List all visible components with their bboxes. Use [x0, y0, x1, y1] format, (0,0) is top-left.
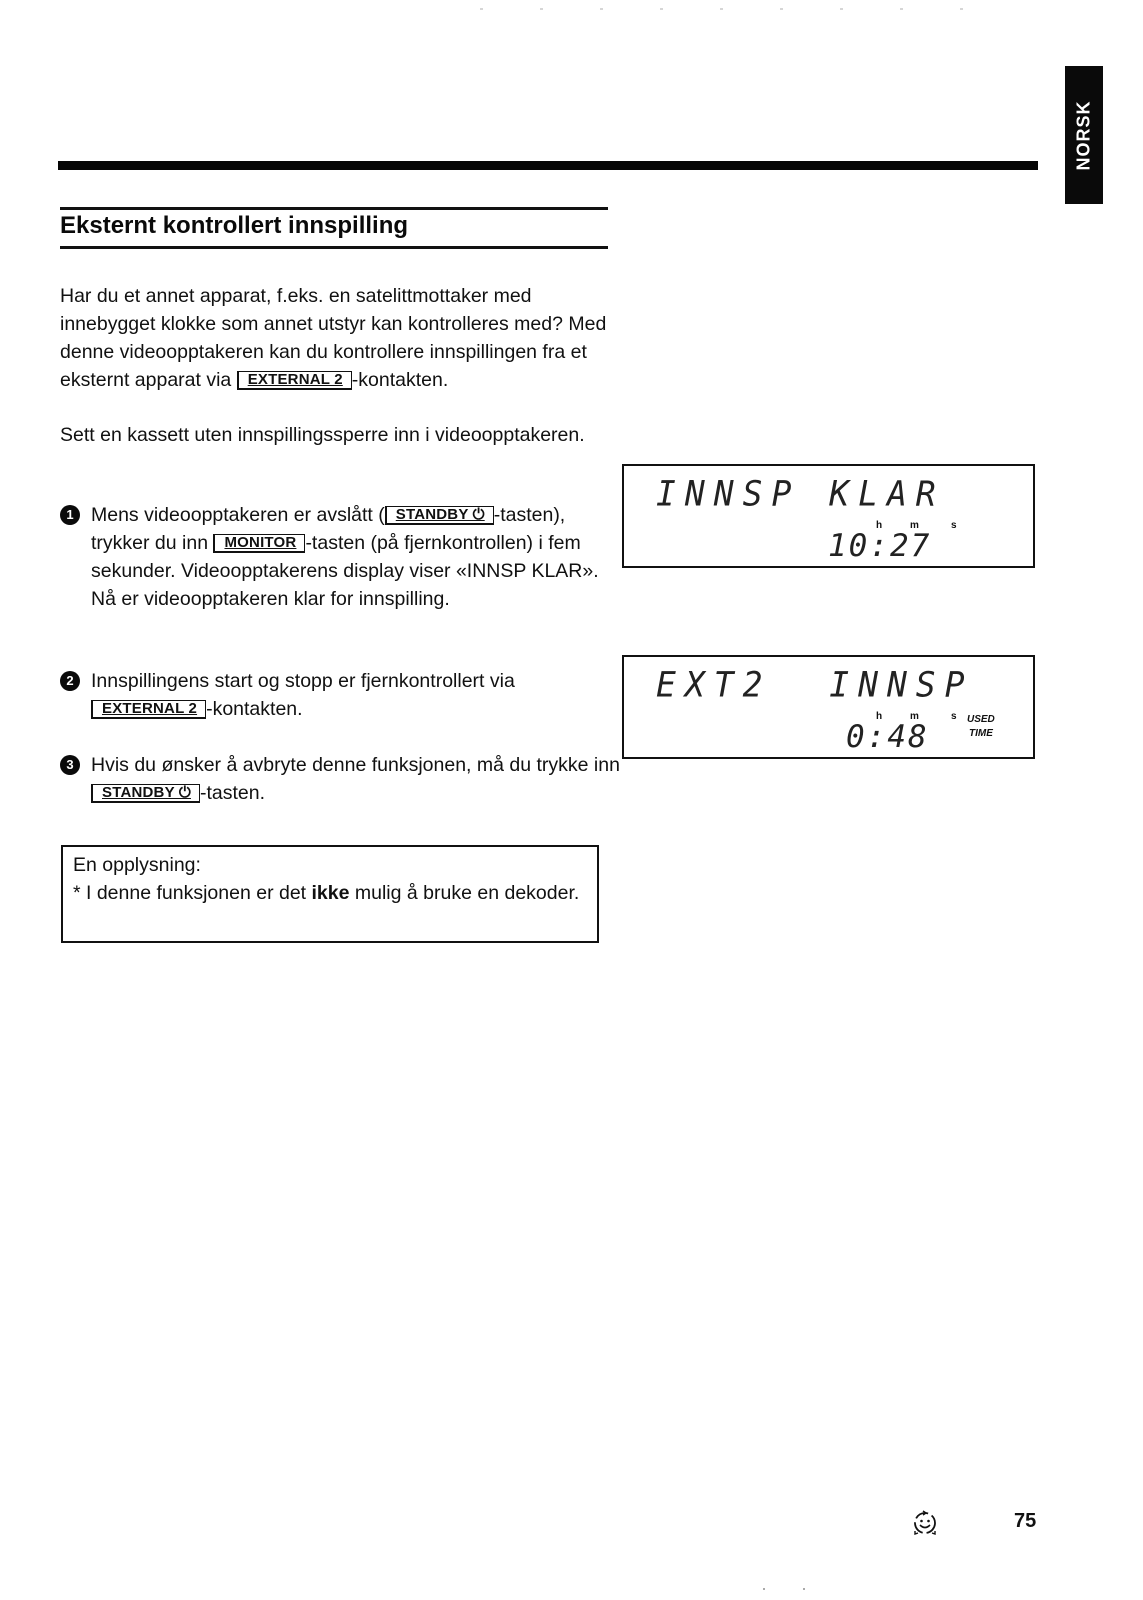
- section-title: Eksternt kontrollert innspilling: [60, 212, 408, 240]
- monitor-key-label: MONITOR: [213, 534, 305, 553]
- smiley-cycle-icon: [912, 1509, 938, 1535]
- standby-key-label: STANDBY ⏻: [385, 506, 494, 525]
- intro-text-end: -kontakten.: [352, 369, 448, 391]
- step-number-badge: 2: [60, 671, 80, 691]
- used-time-label: USED TIME: [967, 713, 995, 741]
- unit-seconds: s: [951, 711, 957, 722]
- scan-artifact: [450, 8, 970, 10]
- language-tab-label: NORSK: [1074, 100, 1095, 170]
- vcr-display-ready: INNSP KLAR h m s 10:27: [622, 464, 1035, 568]
- page-number: 75: [1014, 1510, 1036, 1533]
- step-1: 1 Mens videoopptakeren er avslått (STAND…: [60, 501, 620, 613]
- display-message: EXT2 INNSP: [656, 664, 974, 705]
- note-text: * I denne funksjonen er det ikke mulig å…: [73, 879, 587, 907]
- note-emphasis: ikke: [312, 882, 350, 904]
- vcr-display-recording: EXT2 INNSP h m s USED TIME 0:48: [622, 655, 1035, 759]
- step-2-text: Innspillingens start og stopp er fjernko…: [91, 667, 620, 723]
- step-3-text: Hvis du ønsker å avbryte denne funksjone…: [91, 751, 620, 807]
- cassette-paragraph: Sett en kassett uten innspillingssperre …: [60, 421, 620, 449]
- title-rule-top: [60, 207, 608, 210]
- step-number-badge: 1: [60, 505, 80, 525]
- intro-paragraph: Har du et annet apparat, f.eks. en satel…: [60, 282, 620, 394]
- header-rule: [58, 161, 1038, 170]
- note-heading: En opplysning:: [73, 851, 587, 879]
- external-2-key-label: EXTERNAL 2: [237, 371, 352, 390]
- standby-key-label: STANDBY ⏻: [91, 784, 200, 803]
- note-box: En opplysning: * I denne funksjonen er d…: [61, 845, 599, 943]
- unit-seconds: s: [951, 520, 957, 531]
- step-1-text: Mens videoopptakeren er avslått (STANDBY…: [91, 501, 620, 613]
- scan-artifact: [745, 1588, 835, 1590]
- display-clock: 10:27: [828, 528, 931, 564]
- step-3: 3 Hvis du ønsker å avbryte denne funksjo…: [60, 751, 620, 807]
- step-2: 2 Innspillingens start og stopp er fjern…: [60, 667, 620, 723]
- language-tab: NORSK: [1065, 66, 1103, 204]
- external-2-key-label: EXTERNAL 2: [91, 700, 206, 719]
- step-number-badge: 3: [60, 755, 80, 775]
- title-rule-bottom: [60, 246, 608, 249]
- display-counter: 0:48: [846, 719, 929, 755]
- display-message: INNSP KLAR: [656, 473, 945, 514]
